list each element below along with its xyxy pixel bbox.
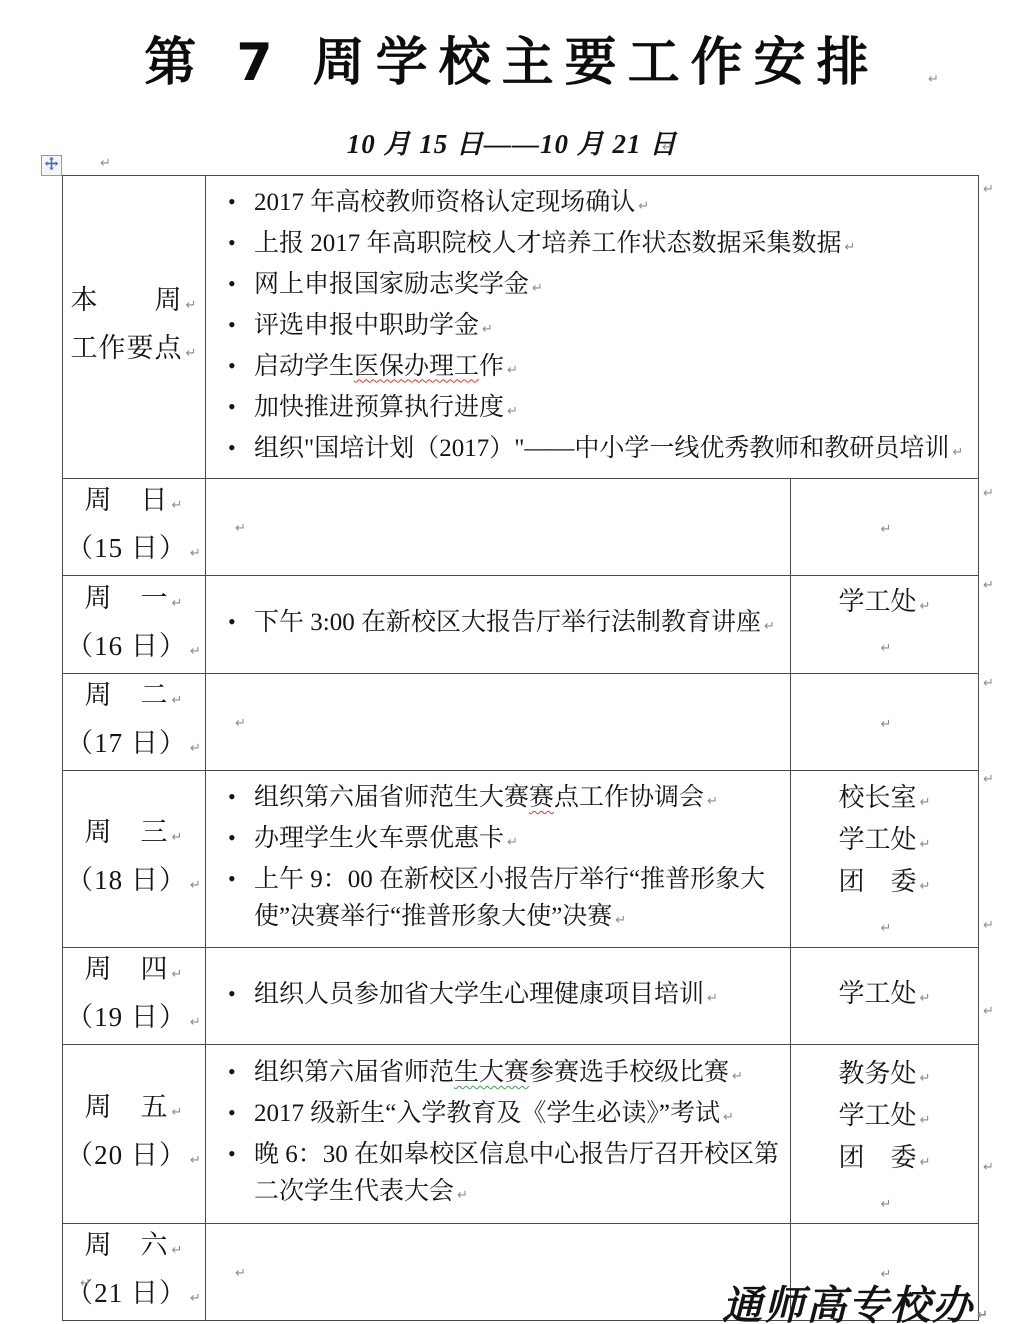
table-row-thursday: 周 四↵ （19 日）↵ •组织人员参加省大学生心理健康项目培训↵ 学工处↵ — [63, 948, 979, 1045]
paragraph-mark: ↵ — [920, 837, 931, 852]
paragraph-mark: ↵ — [532, 281, 543, 296]
task-item: •下午 3:00 在新校区大报告厅举行法制教育讲座↵ — [224, 604, 782, 645]
dept-name: 校长室 — [839, 783, 917, 812]
paragraph-mark: ↵ — [235, 521, 246, 536]
paragraph-mark: ↵ — [507, 404, 518, 419]
summary-item: •启动学生医保办理工作↵ — [224, 348, 970, 389]
dept-name: 学工处 — [839, 1101, 917, 1130]
bullet-icon: • — [228, 306, 236, 343]
date-range: 10 月 15 日——10 月 21 日 — [0, 122, 1024, 161]
bullet-icon: • — [228, 603, 236, 640]
dept-name: 学工处 — [839, 979, 917, 1008]
paragraph-mark: ↵ — [457, 1188, 468, 1203]
day-label: 周 六↵ （21 日）↵ — [63, 1224, 206, 1321]
task-item: •组织第六届省师范生大赛赛点工作协调会↵ — [224, 779, 782, 820]
paragraph-mark: ↵ — [190, 644, 202, 659]
paragraph-mark: ↵ — [190, 1153, 202, 1168]
dept-cell: 学工处↵ — [791, 948, 979, 1045]
paragraph-mark: ↵ — [190, 878, 202, 893]
task-item: •晚 6：30 在如皋校区信息中心报告厅召开校区第二次学生代表大会↵ — [224, 1136, 782, 1214]
paragraph-mark: ↵ — [928, 72, 939, 87]
row-end-mark: ↵ — [983, 1160, 994, 1175]
paragraph-mark: ↵ — [190, 741, 202, 756]
paragraph-mark: ↵ — [190, 1291, 202, 1306]
paragraph-mark: ↵ — [172, 1243, 184, 1258]
day-label: 周 二↵ （17 日）↵ — [63, 674, 206, 771]
summary-item: •网上申报国家励志奖学金↵ — [224, 266, 970, 307]
paragraph-mark: ↵ — [172, 1105, 184, 1120]
paragraph-mark: ↵ — [920, 879, 931, 894]
paragraph-mark: ↵ — [881, 522, 892, 537]
day-label: 周 五↵ （20 日）↵ — [63, 1045, 206, 1224]
paragraph-mark: ↵ — [507, 363, 518, 378]
day-label: 周 一↵ （16 日）↵ — [63, 576, 206, 674]
paragraph-mark: ↵ — [186, 298, 198, 313]
paragraph-mark: ↵ — [707, 794, 718, 809]
dept-name: 团 委 — [839, 1143, 917, 1172]
dept-name: 教务处 — [839, 1059, 917, 1088]
paragraph-mark: ↵ — [615, 913, 626, 928]
bullet-icon: • — [228, 224, 236, 261]
table-row-tuesday: 周 二↵ （17 日）↵ ↵ ↵ — [63, 674, 979, 771]
page-title: 第 7 周学校主要工作安排 — [0, 20, 1024, 95]
paragraph-mark: ↵ — [172, 830, 184, 845]
day-items: •组织第六届省师范生大赛赛点工作协调会↵ •办理学生火车票优惠卡↵ •上午 9：… — [206, 771, 791, 948]
paragraph-mark: ↵ — [952, 445, 963, 460]
bullet-icon: • — [228, 1053, 236, 1090]
row-end-mark: ↵ — [983, 486, 994, 501]
bullet-icon: • — [228, 183, 236, 220]
summary-item: •评选申报中职助学金↵ — [224, 307, 970, 348]
paragraph-mark: ↵ — [100, 156, 111, 171]
dept-cell: 教务处↵ 学工处↵ 团 委↵ ↵ — [791, 1045, 979, 1224]
table-move-handle[interactable] — [41, 155, 62, 176]
day-label: 周 日↵ （15 日）↵ — [63, 479, 206, 576]
move-arrows-icon — [44, 156, 59, 176]
table-row-wednesday: 周 三↵ （18 日）↵ •组织第六届省师范生大赛赛点工作协调会↵ •办理学生火… — [63, 771, 979, 948]
row-end-mark: ↵ — [983, 772, 994, 787]
bullet-icon: • — [228, 1094, 236, 1131]
day-items: ↵ — [206, 1224, 791, 1321]
paragraph-mark: ↵ — [881, 921, 892, 936]
paragraph-mark: ↵ — [920, 1071, 931, 1086]
paragraph-mark: ↵ — [920, 795, 931, 810]
table-row-week-summary: 本 周↵ 工作要点↵ •2017 年高校教师资格认定现场确认↵ •上报 2017… — [63, 176, 979, 479]
paragraph-mark: ↵ — [190, 546, 202, 561]
dept-cell: 校长室↵ 学工处↵ 团 委↵ ↵ — [791, 771, 979, 948]
paragraph-mark: ↵ — [190, 1015, 202, 1030]
day-items: ↵ — [206, 479, 791, 576]
task-item: •组织人员参加省大学生心理健康项目培训↵ — [224, 976, 782, 1017]
paragraph-mark: ↵ — [920, 1155, 931, 1170]
paragraph-mark: ↵ — [732, 1069, 743, 1084]
paragraph-mark: ↵ — [638, 199, 649, 214]
dept-cell: ↵ — [791, 479, 979, 576]
bullet-icon: • — [228, 975, 236, 1012]
week-summary-label: 本 周↵ 工作要点↵ — [63, 176, 206, 479]
paragraph-mark: ↵ — [881, 1197, 892, 1212]
row-end-mark: ↵ — [983, 578, 994, 593]
paragraph-mark: ↵ — [507, 835, 518, 850]
paragraph-mark: ↵ — [920, 1113, 931, 1128]
bullet-icon: • — [228, 265, 236, 302]
dept-cell: 学工处↵ ↵ — [791, 576, 979, 674]
paragraph-mark: ↵ — [172, 596, 184, 611]
paragraph-mark: ↵ — [235, 1266, 246, 1281]
bullet-icon: • — [228, 347, 236, 384]
paragraph-mark: ↵ — [172, 498, 184, 513]
bullet-icon: • — [228, 778, 236, 815]
bullet-icon: • — [228, 1135, 236, 1172]
signature-rest: 高专校办 — [806, 1283, 974, 1324]
day-items: •组织人员参加省大学生心理健康项目培训↵ — [206, 948, 791, 1045]
summary-item: •组织"国培计划（2017）"——中小学一线优秀教师和教研员培训↵ — [224, 430, 970, 471]
paragraph-mark: ↵ — [186, 346, 198, 361]
spellcheck-underline: 医保办理工 — [354, 353, 479, 380]
paragraph-mark: ↵ — [172, 967, 184, 982]
paragraph-mark: ↵ — [920, 599, 931, 614]
summary-item: •2017 年高校教师资格认定现场确认↵ — [224, 184, 970, 225]
paragraph-mark: ↵ — [80, 1276, 91, 1291]
table-row-monday: 周 一↵ （16 日）↵ •下午 3:00 在新校区大报告厅举行法制教育讲座↵ … — [63, 576, 979, 674]
day-label: 周 三↵ （18 日）↵ — [63, 771, 206, 948]
paragraph-mark: ↵ — [920, 991, 931, 1006]
dept-name: 学工处 — [839, 825, 917, 854]
row-end-mark: ↵ — [983, 676, 994, 691]
signature-underlined-part: 通师 — [722, 1283, 806, 1324]
paragraph-mark: ↵ — [235, 716, 246, 731]
paragraph-mark: ↵ — [482, 322, 493, 337]
row-end-mark: ↵ — [983, 182, 994, 197]
task-item: •2017 级新生“入学教育及《学生必读》”考试↵ — [224, 1095, 782, 1136]
paragraph-mark: ↵ — [881, 641, 892, 656]
bullet-icon: • — [228, 860, 236, 897]
paragraph-mark: ↵ — [764, 619, 775, 634]
bullet-icon: • — [228, 819, 236, 856]
task-item: •办理学生火车票优惠卡↵ — [224, 820, 782, 861]
document-page: 第 7 周学校主要工作安排 ↵ 10 月 15 日——10 月 21 日 ↵ ↵… — [0, 0, 1024, 1324]
paragraph-mark: ↵ — [707, 991, 718, 1006]
day-items: ↵ — [206, 674, 791, 771]
table-row-friday: 周 五↵ （20 日）↵ •组织第六届省师范生大赛参赛选手校级比赛↵ •2017… — [63, 1045, 979, 1224]
office-signature: 通师高专校办↵ — [722, 1274, 990, 1324]
table-row-sunday: 周 日↵ （15 日）↵ ↵ ↵ — [63, 479, 979, 576]
row-end-mark: ↵ — [983, 1004, 994, 1019]
paragraph-mark: ↵ — [723, 1110, 734, 1125]
task-item: •上午 9：00 在新校区小报告厅举行“推普形象大使”决赛举行“推普形象大使”决… — [224, 861, 782, 939]
summary-item: •上报 2017 年高职院校人才培养工作状态数据采集数据↵ — [224, 225, 970, 266]
bullet-icon: • — [228, 429, 236, 466]
day-items: •组织第六届省师范生大赛参赛选手校级比赛↵ •2017 级新生“入学教育及《学生… — [206, 1045, 791, 1224]
paragraph-mark: ↵ — [977, 1308, 990, 1323]
schedule-table: 本 周↵ 工作要点↵ •2017 年高校教师资格认定现场确认↵ •上报 2017… — [62, 175, 979, 1321]
day-items: •下午 3:00 在新校区大报告厅举行法制教育讲座↵ — [206, 576, 791, 674]
summary-item: •加快推进预算执行进度↵ — [224, 389, 970, 430]
task-item: •组织第六届省师范生大赛参赛选手校级比赛↵ — [224, 1054, 782, 1095]
dept-name: 学工处 — [839, 587, 917, 616]
row-end-mark: ↵ — [983, 918, 994, 933]
spellcheck-underline: 赛 — [529, 784, 554, 811]
dept-name: 团 委 — [839, 867, 917, 896]
paragraph-mark: ↵ — [662, 140, 673, 155]
week-summary-items: •2017 年高校教师资格认定现场确认↵ •上报 2017 年高职院校人才培养工… — [206, 176, 979, 479]
dept-cell: ↵ — [791, 674, 979, 771]
paragraph-mark: ↵ — [845, 240, 856, 255]
paragraph-mark: ↵ — [172, 693, 184, 708]
paragraph-mark: ↵ — [881, 717, 892, 732]
spellcheck-underline: 生大赛 — [454, 1059, 529, 1086]
day-label: 周 四↵ （19 日）↵ — [63, 948, 206, 1045]
bullet-icon: • — [228, 388, 236, 425]
